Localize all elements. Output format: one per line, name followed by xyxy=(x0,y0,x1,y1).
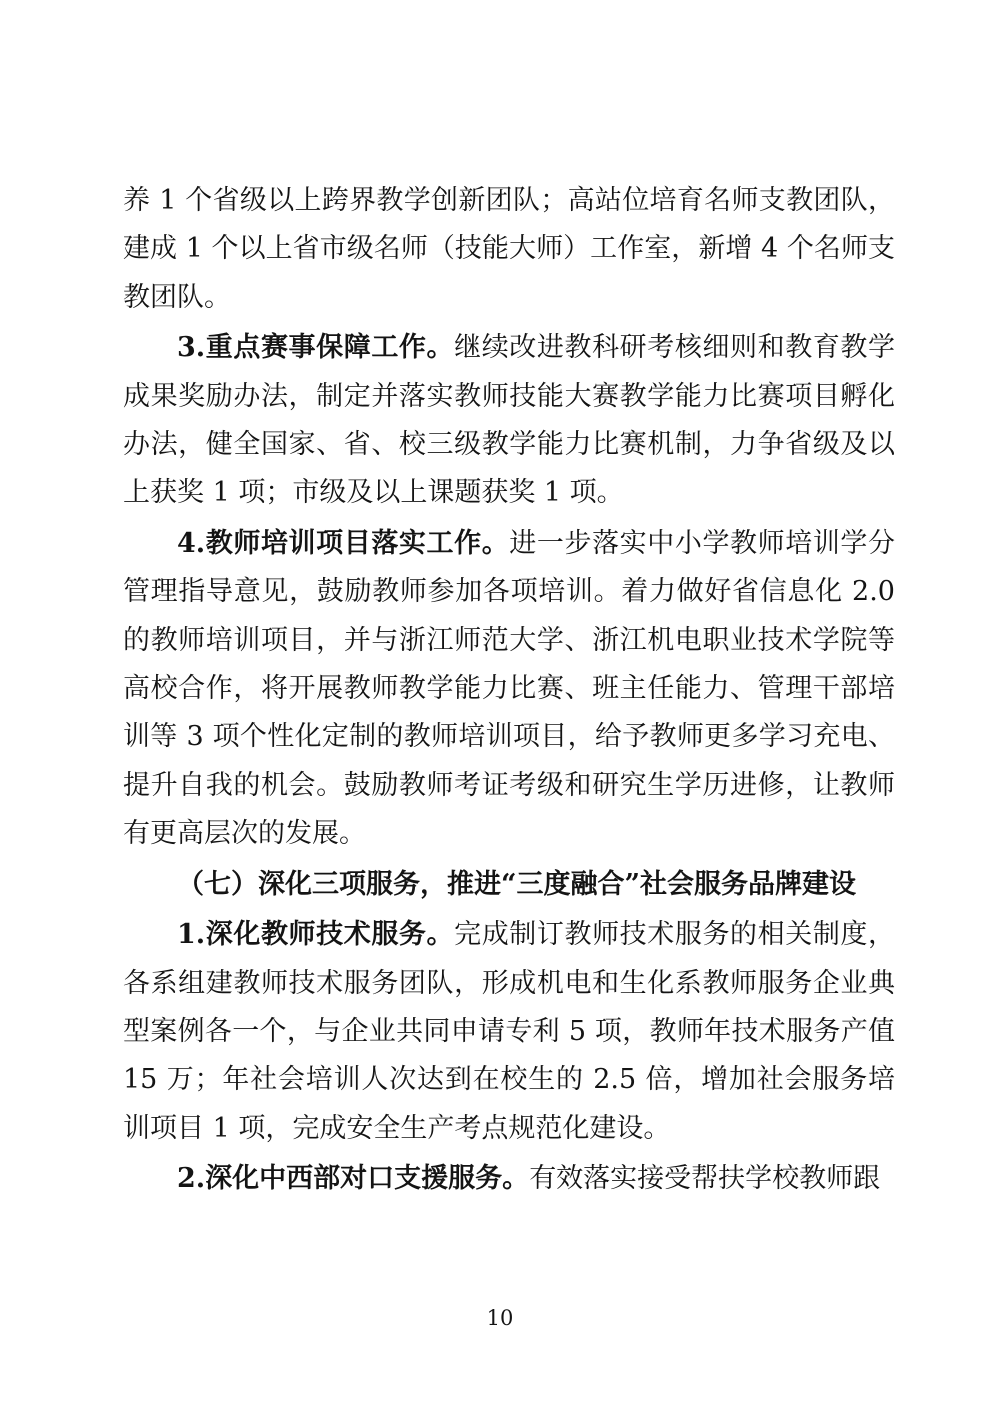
text-run: 有效落实接受帮扶学校教师跟 xyxy=(529,1163,880,1194)
text-run: 养 1 个省级以上跨界教学创新团队；高站位培育名师支教团队，建成 1 个以上省市… xyxy=(123,185,895,313)
paragraph: 1.深化教师技术服务。完成制订教师技术服务的相关制度，各系组建教师技术服务团队，… xyxy=(123,911,895,1153)
document-body: 养 1 个省级以上跨界教学创新团队；高站位培育名师支教团队，建成 1 个以上省市… xyxy=(123,177,895,1204)
paragraph: 2.深化中西部对口支援服务。有效落实接受帮扶学校教师跟 xyxy=(123,1155,895,1203)
page-number: 10 xyxy=(0,1306,1000,1330)
paragraph: （七）深化三项服务，推进“三度融合”社会服务品牌建设 xyxy=(123,861,895,909)
text-run-bold: 4.教师培训项目落实工作。 xyxy=(177,528,509,559)
text-run: 完成制订教师技术服务的相关制度，各系组建教师技术服务团队，形成机电和生化系教师服… xyxy=(123,919,895,1144)
text-run-bold: （七）深化三项服务，推进“三度融合”社会服务品牌建设 xyxy=(177,869,856,900)
paragraph: 4.教师培训项目落实工作。进一步落实中小学教师培训学分管理指导意见，鼓励教师参加… xyxy=(123,520,895,859)
document-page: 养 1 个省级以上跨界教学创新团队；高站位培育名师支教团队，建成 1 个以上省市… xyxy=(0,0,1000,1415)
text-run-bold: 1.深化教师技术服务。 xyxy=(177,919,454,950)
paragraph: 3.重点赛事保障工作。继续改进教科研考核细则和教育教学成果奖励办法，制定并落实教… xyxy=(123,324,895,518)
text-run-bold: 3.重点赛事保障工作。 xyxy=(177,332,454,363)
text-run-bold: 2.深化中西部对口支援服务。 xyxy=(177,1163,529,1194)
text-run: 进一步落实中小学教师培训学分管理指导意见，鼓励教师参加各项培训。着力做好省信息化… xyxy=(123,528,895,849)
paragraph: 养 1 个省级以上跨界教学创新团队；高站位培育名师支教团队，建成 1 个以上省市… xyxy=(123,177,895,322)
